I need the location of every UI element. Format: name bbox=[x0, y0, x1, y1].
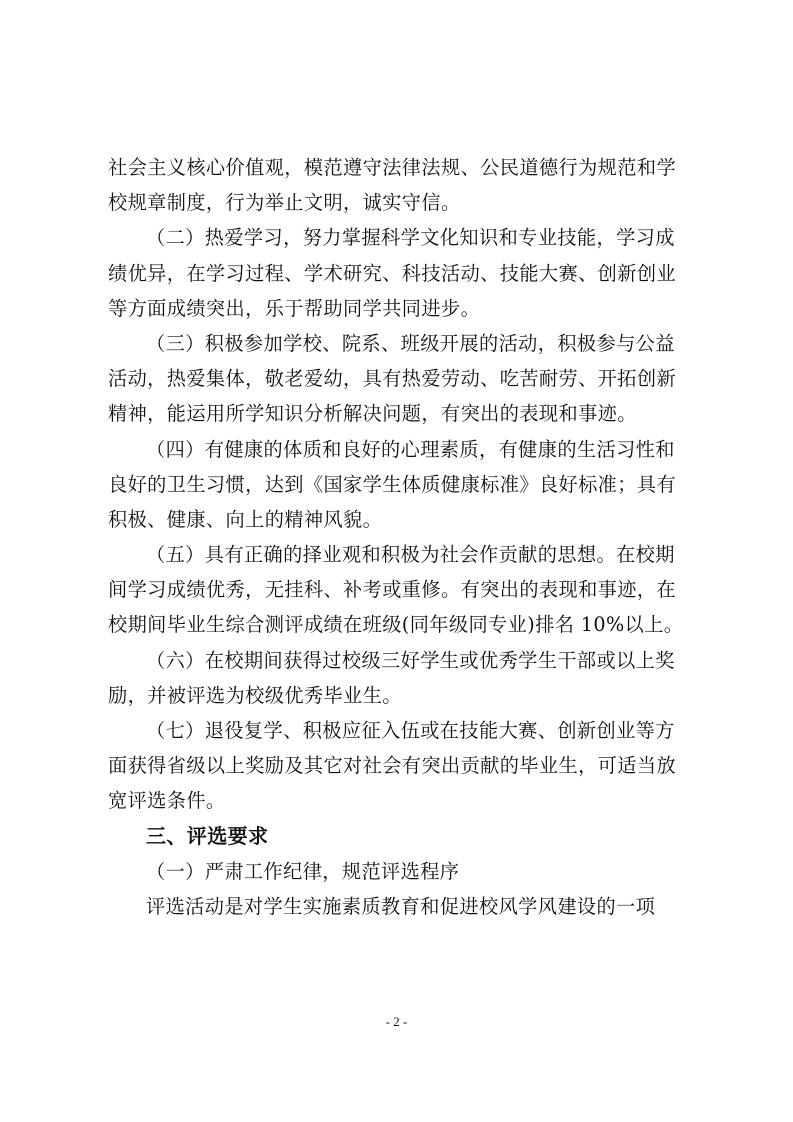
text-line: 精神，能运用所学知识分析解决问题，有突出的表现和事迹。 bbox=[108, 396, 698, 431]
text-line: 积极、健康、向上的精神风貌。 bbox=[108, 502, 698, 537]
text-line: 校规章制度，行为举止文明，诚实守信。 bbox=[108, 185, 698, 220]
text-line: 励，并被评选为校级优秀毕业生。 bbox=[108, 678, 698, 713]
text-line: 活动，热爱集体，敬老爱幼，具有热爱劳动、吃苦耐劳、开拓创新 bbox=[108, 361, 698, 396]
text-line: （二）热爱学习，努力掌握科学文化知识和专业技能，学习成 bbox=[108, 220, 698, 255]
text-line: （六）在校期间获得过校级三好学生或优秀学生干部或以上奖 bbox=[108, 643, 698, 678]
text-line: （五）具有正确的择业观和积极为社会作贡献的思想。在校期 bbox=[108, 537, 698, 572]
text-line: 绩优异，在学习过程、学术研究、科技活动、技能大赛、创新创业 bbox=[108, 256, 698, 291]
document-page: 社会主义核心价值观，模范遵守法律法规、公民道德行为规范和学 校规章制度，行为举止… bbox=[0, 0, 793, 1122]
text-line: 面获得省级以上奖励及其它对社会有突出贡献的毕业生，可适当放 bbox=[108, 748, 698, 783]
text-line: 良好的卫生习惯，达到《国家学生体质健康标准》良好标准；具有 bbox=[108, 467, 698, 502]
text-line: 间学习成绩优秀，无挂科、补考或重修。有突出的表现和事迹，在 bbox=[108, 572, 698, 607]
body-text: 社会主义核心价值观，模范遵守法律法规、公民道德行为规范和学 校规章制度，行为举止… bbox=[108, 150, 698, 924]
text-line: 校期间毕业生综合测评成绩在班级(同年级同专业)排名 10%以上。 bbox=[108, 607, 698, 642]
section-heading: 三、评选要求 bbox=[108, 819, 698, 854]
text-line: （七）退役复学、积极应征入伍或在技能大赛、创新创业等方 bbox=[108, 713, 698, 748]
text-line: 宽评选条件。 bbox=[108, 783, 698, 818]
page-number: - 2 - bbox=[0, 1014, 793, 1030]
text-line: 社会主义核心价值观，模范遵守法律法规、公民道德行为规范和学 bbox=[108, 150, 698, 185]
text-line: 评选活动是对学生实施素质教育和促进校风学风建设的一项 bbox=[108, 889, 698, 924]
text-line: （三）积极参加学校、院系、班级开展的活动，积极参与公益 bbox=[108, 326, 698, 361]
subheading: （一）严肃工作纪律，规范评选程序 bbox=[108, 854, 698, 889]
text-line: 等方面成绩突出，乐于帮助同学共同进步。 bbox=[108, 291, 698, 326]
text-line: （四）有健康的体质和良好的心理素质，有健康的生活习性和 bbox=[108, 432, 698, 467]
